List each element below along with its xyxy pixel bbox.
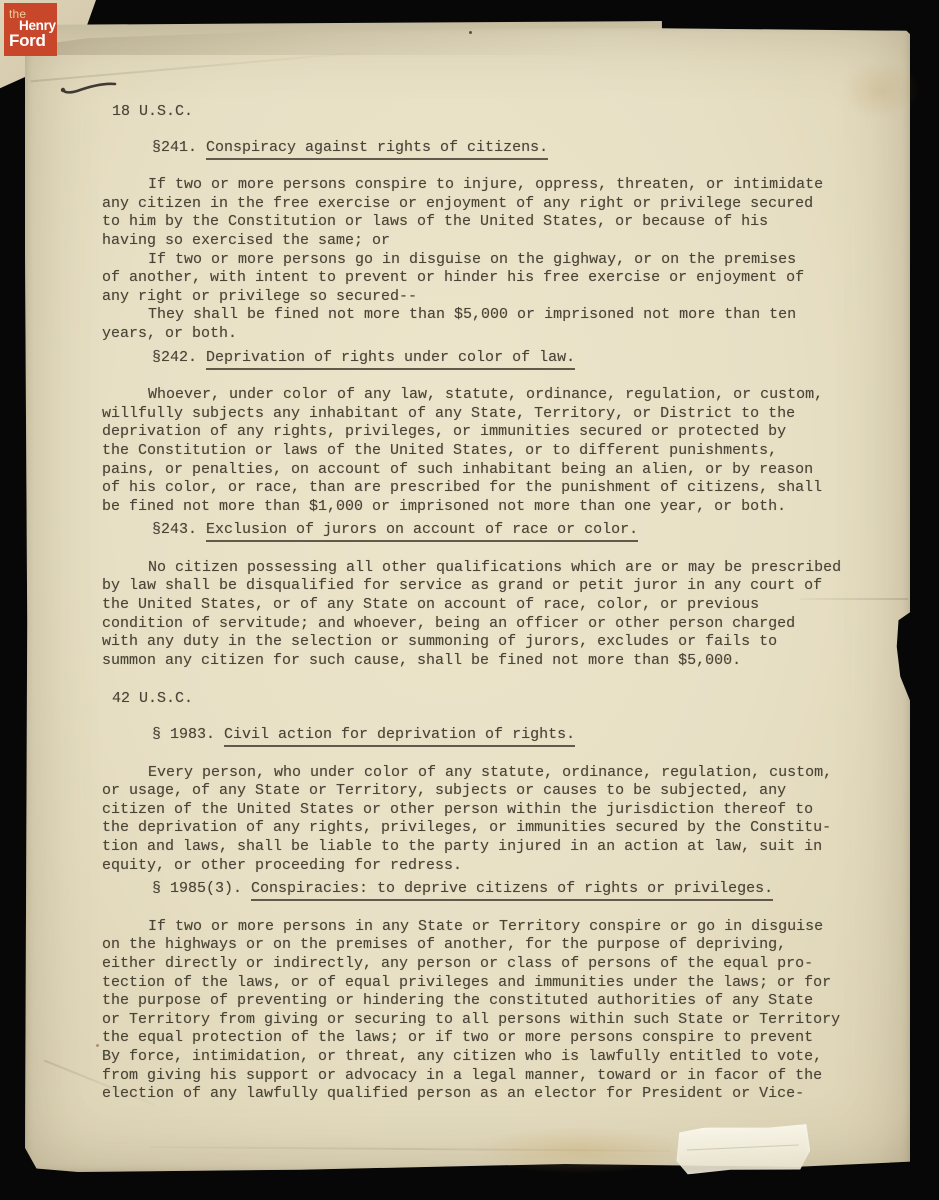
section-heading-242: §242.Deprivation of rights under color o… (152, 349, 902, 368)
section-number: §241. (152, 139, 197, 156)
paper-stain (470, 1126, 690, 1174)
typewritten-text: 18 U.S.C. §241.Conspiracy against rights… (102, 103, 902, 1104)
statute-code-heading: 42 U.S.C. (112, 690, 902, 709)
section-number: § 1985(3). (152, 880, 242, 897)
paper-speck (96, 1044, 99, 1047)
henry-ford-logo: the Henry Ford (4, 3, 57, 56)
statute-code-heading: 18 U.S.C. (112, 103, 902, 122)
statute-paragraph: If two or more persons go in disguise on… (102, 251, 902, 307)
section-number: §242. (152, 349, 197, 366)
section-title: Exclusion of jurors on account of race o… (206, 521, 638, 542)
section-heading-243: §243.Exclusion of jurors on account of r… (152, 521, 902, 540)
section-heading-241: §241.Conspiracy against rights of citize… (152, 139, 902, 158)
paper-stain (840, 60, 920, 120)
paper-speck (469, 31, 472, 34)
statute-paragraph: If two or more persons conspire to injur… (102, 176, 902, 250)
pen-mark-icon (55, 72, 125, 102)
section-number: § 1983. (152, 726, 215, 743)
section-number: §243. (152, 521, 197, 538)
section-title: Deprivation of rights under color of law… (206, 349, 575, 370)
statute-paragraph: Every person, who under color of any sta… (102, 764, 902, 876)
document-page: 18 U.S.C. §241.Conspiracy against rights… (25, 25, 910, 1172)
statute-paragraph: No citizen possessing all other qualific… (102, 559, 902, 671)
section-title: Civil action for deprivation of rights. (224, 726, 575, 747)
statute-paragraph: If two or more persons in any State or T… (102, 918, 902, 1104)
section-heading-1983: § 1983.Civil action for deprivation of r… (152, 726, 902, 745)
section-title: Conspiracies: to deprive citizens of rig… (251, 880, 773, 901)
section-heading-1985-3: § 1985(3).Conspiracies: to deprive citiz… (152, 880, 902, 899)
tape-fold-line (687, 1144, 800, 1150)
section-title: Conspiracy against rights of citizens. (206, 139, 548, 160)
statute-paragraph: They shall be fined not more than $5,000… (102, 306, 902, 343)
scanned-document-view: 18 U.S.C. §241.Conspiracy against rights… (0, 0, 939, 1200)
statute-paragraph: Whoever, under color of any law, statute… (102, 386, 902, 516)
tape-patch (675, 1123, 811, 1175)
logo-word-ford: Ford (9, 31, 46, 51)
